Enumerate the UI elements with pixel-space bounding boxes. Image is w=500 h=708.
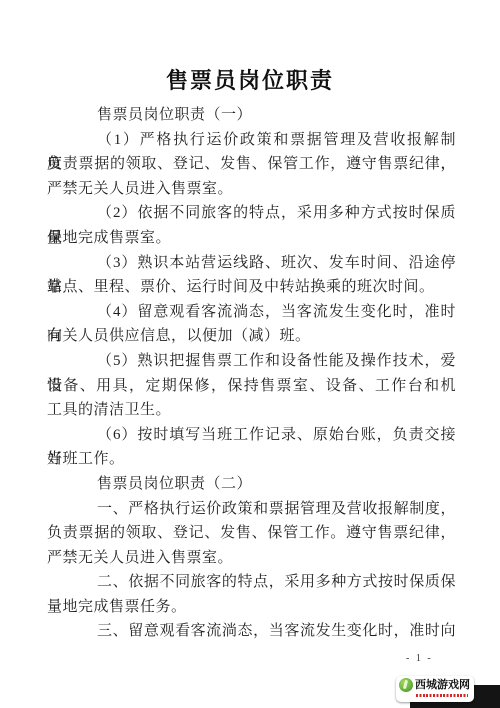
- text-line: 设备、用具，定期保修，保持售票室、设备、工作台和机: [47, 374, 456, 399]
- watermark-tagline: [416, 694, 468, 697]
- text-line: （4）留意观看客流淌态，当客流发生变化时，准时向: [47, 300, 456, 325]
- text-line: （1）严格执行运价政策和票据管理及营收报解制度，: [47, 128, 456, 153]
- watermark-card: 西城游戏网: [396, 676, 474, 702]
- text-line: 站点、里程、票价、运行时间及中转站换乘的班次时间。: [47, 275, 456, 300]
- text-line: 售票员岗位职责（一）: [47, 103, 456, 128]
- text-line: （2）依据不同旅客的特点，采用多种方式按时保质保: [47, 201, 456, 226]
- text-line: 一、严格执行运价政策和票据管理及营收报解制度，: [47, 497, 456, 522]
- text-line: 负责票据的领取、登记、发售、保管工作，遵守售票纪律，: [47, 152, 456, 177]
- document-body: 售票员岗位职责（一）（1）严格执行运价政策和票据管理及营收报解制度，负责票据的领…: [47, 103, 456, 644]
- page-number: - 1 -: [406, 653, 433, 664]
- text-line: （6）按时填写当班工作记录、原始台账，负责交接好: [47, 423, 456, 448]
- text-line: 量地完成售票任务。: [47, 595, 456, 620]
- document-page: 售票员岗位职责 售票员岗位职责（一）（1）严格执行运价政策和票据管理及营收报解制…: [0, 0, 500, 708]
- text-line: （5）熟识把握售票工作和设备性能及操作技术，爱惜: [47, 349, 456, 374]
- watermark-site-name: 西城游戏网: [415, 679, 470, 691]
- text-line: 二、依据不同旅客的特点，采用多种方式按时保质保: [47, 570, 456, 595]
- text-line: 量地完成售票室。: [47, 226, 456, 251]
- text-line: 严禁无关人员进入售票室。: [47, 546, 456, 571]
- text-line: 严禁无关人员进入售票室。: [47, 177, 456, 202]
- document-title: 售票员岗位职责: [0, 64, 500, 95]
- site-watermark: 西城游戏网: [396, 676, 500, 708]
- text-line: 有关人员供应信息，以便加（减）班。: [47, 324, 456, 349]
- text-line: 当班工作。: [47, 447, 456, 472]
- text-line: 售票员岗位职责（二）: [47, 472, 456, 497]
- text-line: 工具的清洁卫生。: [47, 398, 456, 423]
- text-line: 三、留意观看客流淌态，当客流发生变化时，准时向: [47, 619, 456, 644]
- watermark-logo-icon: [399, 678, 413, 692]
- text-line: （3）熟识本站营运线路、班次、发车时间、沿途停靠: [47, 251, 456, 276]
- text-line: 负责票据的领取、登记、发售、保管工作。遵守售票纪律，: [47, 521, 456, 546]
